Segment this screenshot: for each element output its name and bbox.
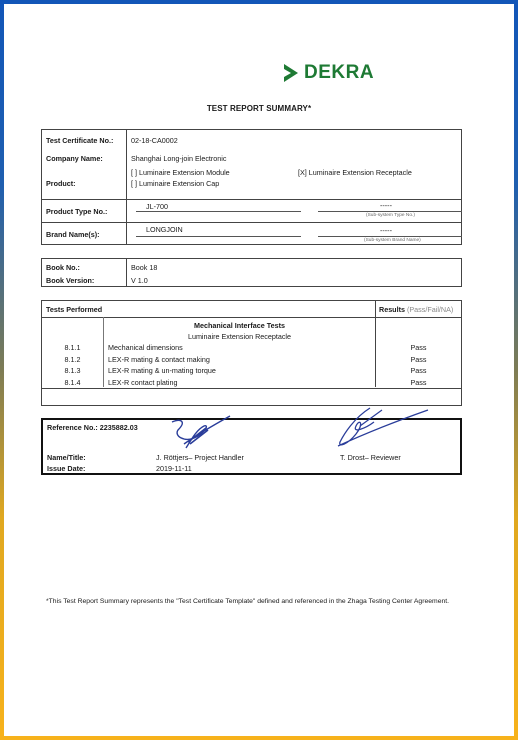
test-result: Pass <box>376 355 461 364</box>
product-option-receptacle: [X] Luminaire Extension Receptacle <box>298 168 412 177</box>
brand-label: Brand Name(s): <box>46 230 100 239</box>
book-number-label: Book No.: <box>46 263 80 272</box>
dekra-arrow-icon <box>282 63 300 83</box>
book-version-value: V 1.0 <box>131 276 148 285</box>
test-name: LEX-R contact plating <box>108 378 178 387</box>
product-option-cap: [ ] Luminaire Extension Cap <box>131 179 219 188</box>
test-name: LEX-R mating & un-mating torque <box>108 366 216 375</box>
product-option-module: [ ] Luminaire Extension Module <box>131 168 230 177</box>
row-divider <box>42 199 461 200</box>
test-group-title: Mechanical Interface Tests <box>104 321 375 330</box>
reviewer-name: T. Drost– Reviewer <box>340 453 401 462</box>
test-group-subtitle: Luminaire Extension Receptacle <box>104 332 375 341</box>
tests-table: Tests Performed Results (Pass/Fail/NA) M… <box>41 300 462 406</box>
type-label: Product Type No.: <box>46 207 107 216</box>
column-divider <box>126 259 127 286</box>
reviewer-signature <box>334 404 434 450</box>
type-value: JL-700 <box>146 202 168 211</box>
subsystem-type-value: ----- <box>380 201 392 210</box>
name-title-label: Name/Title: <box>47 453 86 462</box>
document-title: TEST REPORT SUMMARY* <box>0 104 518 113</box>
test-id: 8.1.2 <box>42 355 103 364</box>
product-info-table: Test Certificate No.: 02-18-CA0002 Compa… <box>41 129 462 245</box>
footnote: *This Test Report Summary represents the… <box>46 596 466 607</box>
header-divider <box>42 317 461 318</box>
company-value: Shanghai Long-join Electronic <box>131 154 227 163</box>
subsystem-brand-caption: (Sub-system Brand Name) <box>364 238 421 243</box>
company-label: Company Name: <box>46 154 103 163</box>
subsystem-type-caption: (Sub-system Type No.) <box>366 213 415 218</box>
issue-date-value: 2019-11-11 <box>156 464 192 473</box>
test-id: 8.1.3 <box>42 366 103 375</box>
book-version-label: Book Version: <box>46 276 94 285</box>
type-underline <box>136 211 301 212</box>
reference-value: 2235882.03 <box>100 423 138 432</box>
test-row: 8.1.3LEX-R mating & un-mating torquePass <box>42 366 461 377</box>
test-row: 8.1.1Mechanical dimensionsPass <box>42 343 461 354</box>
subsystem-brand-underline <box>318 236 462 237</box>
column-divider <box>126 130 127 244</box>
results-hint: (Pass/Fail/NA) <box>407 305 453 314</box>
brand-name: DEKRA <box>304 62 374 84</box>
subsystem-brand-value: ----- <box>380 226 392 235</box>
test-result: Pass <box>376 378 461 387</box>
tests-header: Tests Performed <box>46 305 102 314</box>
issue-date-label: Issue Date: <box>47 464 85 473</box>
handler-signature <box>164 412 234 454</box>
test-result: Pass <box>376 343 461 352</box>
subsystem-type-underline <box>318 211 462 212</box>
test-name: Mechanical dimensions <box>108 343 183 352</box>
handler-name: J. Röttjers– Project Handler <box>156 453 244 462</box>
test-result: Pass <box>376 366 461 375</box>
reference-label: Reference No.: 2235882.03 <box>47 423 138 432</box>
row-divider <box>42 222 461 223</box>
test-id: 8.1.4 <box>42 378 103 387</box>
test-name: LEX-R mating & contact making <box>108 355 210 364</box>
book-table: Book No.: Book 18 Book Version: V 1.0 <box>41 258 462 287</box>
test-row: 8.1.4LEX-R contact platingPass <box>42 378 461 389</box>
certificate-value: 02-18-CA0002 <box>131 136 178 145</box>
report-page: DEKRA TEST REPORT SUMMARY* Test Certific… <box>0 0 518 740</box>
test-id: 8.1.1 <box>42 343 103 352</box>
test-row: 8.1.2LEX-R mating & contact makingPass <box>42 355 461 366</box>
results-header: Results (Pass/Fail/NA) <box>379 305 453 314</box>
product-label: Product: <box>46 179 76 188</box>
book-number-value: Book 18 <box>131 263 157 272</box>
brand-value: LONGJOIN <box>146 225 183 234</box>
dekra-logo: DEKRA <box>282 62 374 84</box>
results-label: Results <box>379 305 405 314</box>
certificate-label: Test Certificate No.: <box>46 136 113 145</box>
brand-underline <box>136 236 301 237</box>
